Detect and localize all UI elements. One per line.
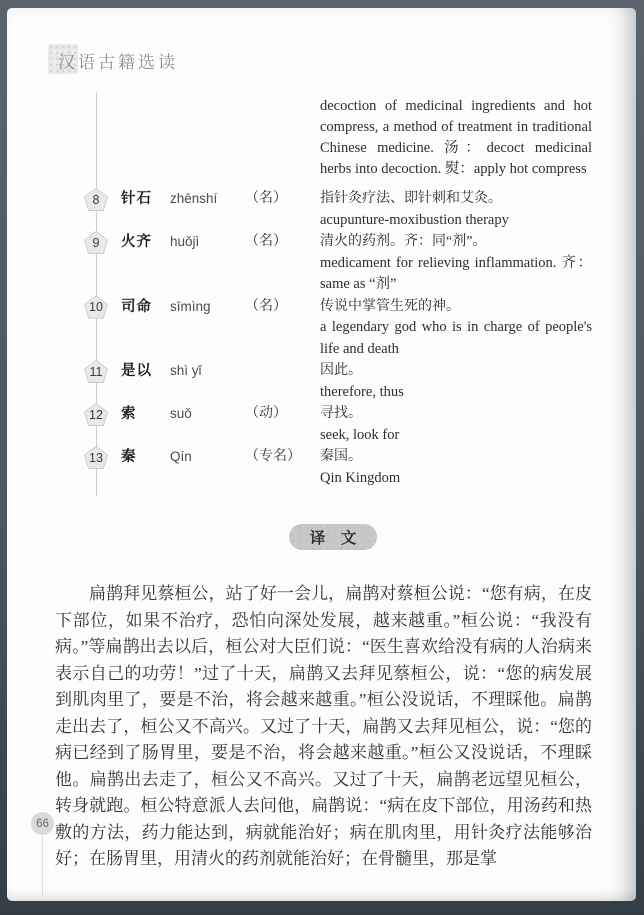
entry-definition-cn: 清火的药剂。齐：同“剂”。 xyxy=(320,231,592,253)
vocabulary-list: 8 针石 zhēnshí （名） 指针灸疗法、即针刺和艾灸。 acupuntur… xyxy=(7,188,636,489)
entry-definition-en: acupunture-moxibustion therapy xyxy=(320,210,592,232)
entry-number: 8 xyxy=(85,189,107,210)
vocab-entry: 10 司命 sīmìng （名） 传说中掌管生死的神。 a legendary … xyxy=(7,296,636,361)
entry-word: 司命 xyxy=(121,296,170,318)
book-title: 汉语古籍选读 xyxy=(58,53,178,72)
page-number-badge: 66 xyxy=(31,812,54,835)
entry-definition-en: seek, look for xyxy=(320,425,592,447)
entry-number-badge: 9 xyxy=(84,231,108,254)
entry-definition: 秦国。 Qin Kingdom xyxy=(320,446,592,489)
vocab-entry: 12 索 suǒ （动） 寻找。 seek, look for xyxy=(7,403,636,446)
entry-definition-cn: 寻找。 xyxy=(320,403,592,425)
entry-number: 12 xyxy=(85,404,107,425)
entry-pos: （名） xyxy=(245,231,320,253)
entry-definition: 清火的药剂。齐：同“剂”。 medicament for relieving i… xyxy=(320,231,592,296)
vocab-entry: 9 火齐 huǒjì （名） 清火的药剂。齐：同“剂”。 medicament … xyxy=(7,231,636,296)
entry-definition-cn: 秦国。 xyxy=(320,446,592,468)
entry-definition: 寻找。 seek, look for xyxy=(320,403,592,446)
entry-definition-en: medicament for relieving inflammation. 齐… xyxy=(320,253,592,296)
carryover-definition: decoction of medicinal ingredients and h… xyxy=(320,96,592,180)
entry-word: 是以 xyxy=(121,360,170,382)
entry-pinyin: zhēnshí xyxy=(170,188,245,210)
entry-definition-cn: 指针灸疗法、即针刺和艾灸。 xyxy=(320,188,592,210)
entry-pinyin: huǒjì xyxy=(170,231,245,253)
entry-word: 索 xyxy=(121,403,170,425)
entry-definition: 因此。 therefore, thus xyxy=(320,360,592,403)
translation-section-heading: 译 文 xyxy=(289,524,377,550)
vocab-entry: 13 秦 Qín （专名） 秦国。 Qin Kingdom xyxy=(7,446,636,489)
entry-definition-en: Qin Kingdom xyxy=(320,468,592,490)
book-page: 汉语古籍选读 decoction of medicinal ingredient… xyxy=(7,8,636,901)
entry-number-badge: 8 xyxy=(84,188,108,211)
entry-pos: （名） xyxy=(245,188,320,210)
entry-word: 秦 xyxy=(121,446,170,468)
entry-definition: 传说中掌管生死的神。 a legendary god who is in cha… xyxy=(320,296,592,361)
entry-word: 火齐 xyxy=(121,231,170,253)
entry-number: 9 xyxy=(85,232,107,253)
vocab-entry: 8 针石 zhēnshí （名） 指针灸疗法、即针刺和艾灸。 acupuntur… xyxy=(7,188,636,231)
page-number-line xyxy=(42,836,43,901)
page-header: 汉语古籍选读 xyxy=(48,48,636,78)
entry-number-badge: 10 xyxy=(84,296,108,319)
entry-pos: （动） xyxy=(245,403,320,425)
entry-number: 10 xyxy=(85,297,107,318)
entry-pos: （专名） xyxy=(245,446,320,468)
entry-definition-cn: 因此。 xyxy=(320,360,592,382)
entry-definition: 指针灸疗法、即针刺和艾灸。 acupunture-moxibustion the… xyxy=(320,188,592,231)
entry-number: 11 xyxy=(85,361,107,382)
entry-number-badge: 11 xyxy=(84,360,108,383)
entry-pinyin: sīmìng xyxy=(170,296,245,318)
entry-number-badge: 12 xyxy=(84,403,108,426)
entry-number: 13 xyxy=(85,447,107,468)
translation-paragraph: 扁鹊拜见蔡桓公，站了好一会儿，扁鹊对蔡桓公说：“您有病，在皮下部位，如果不治疗，… xyxy=(55,581,592,873)
entry-definition-cn: 传说中掌管生死的神。 xyxy=(320,296,592,318)
entry-number-badge: 13 xyxy=(84,446,108,469)
entry-word: 针石 xyxy=(121,188,170,210)
entry-pos: （名） xyxy=(245,296,320,318)
entry-pinyin: suǒ xyxy=(170,403,245,425)
entry-definition-en: therefore, thus xyxy=(320,382,592,404)
vocab-entry: 11 是以 shì yǐ 因此。 therefore, thus xyxy=(7,360,636,403)
entry-pinyin: Qín xyxy=(170,446,245,468)
entry-pinyin: shì yǐ xyxy=(170,360,245,382)
entry-definition-en: a legendary god who is in charge of peop… xyxy=(320,317,592,360)
